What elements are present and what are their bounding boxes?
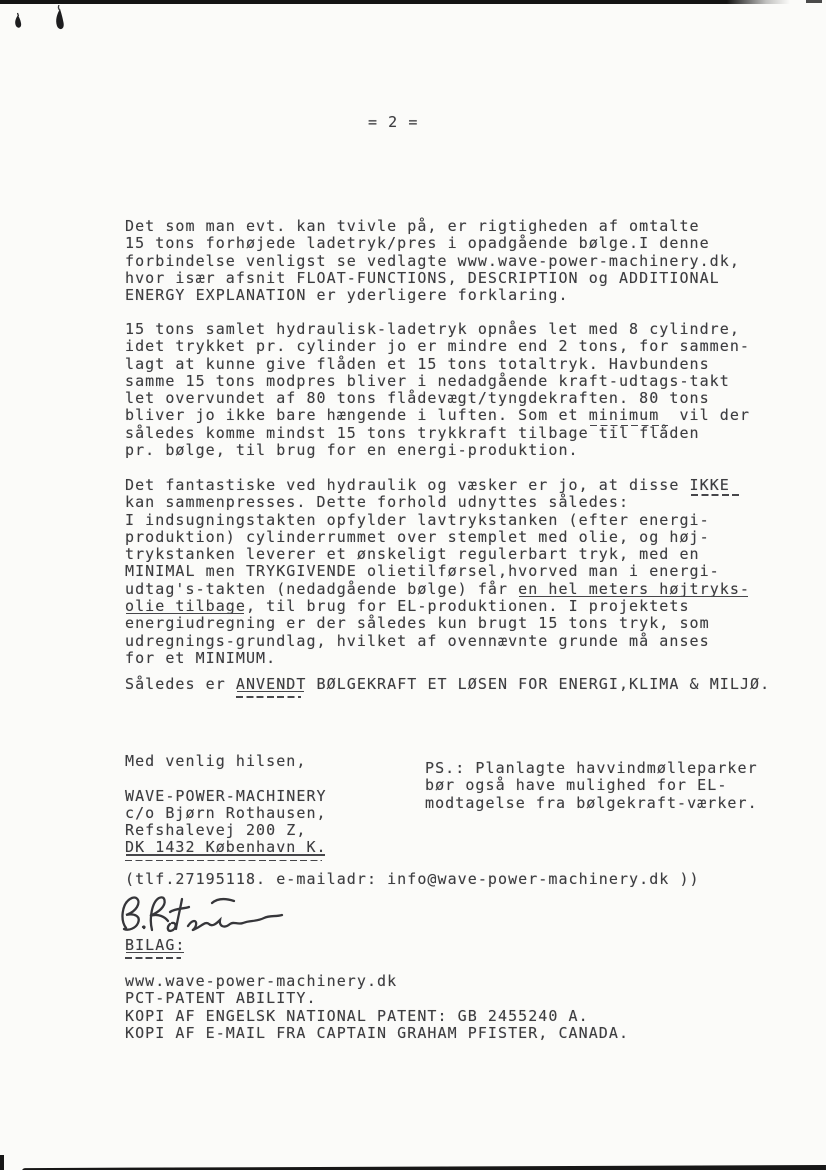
text-line: forbindelse venligst se vedlagte www.wav… [125, 253, 740, 270]
text-line: pr. bølge, til brug for en energi-produk… [125, 442, 750, 459]
contact-line: (tlf.27195118. e-mailadr: info@wave-powe… [125, 871, 700, 888]
text-line: PCT-PATENT ABILITY. [125, 990, 629, 1007]
text-line: hvor især afsnit FLOAT-FUNCTIONS, DESCRI… [125, 270, 740, 287]
ps-note: PS.: Planlagte havvindmølleparkerbør ogs… [425, 760, 758, 812]
text-line: c/o Bjørn Rothausen, [125, 805, 327, 822]
text-line: lagt at kunne give flåden et 15 tons tot… [125, 356, 750, 373]
text-line: KOPI AF ENGELSK NATIONAL PATENT: GB 2455… [125, 1008, 629, 1025]
bilag-heading: BILAG: [125, 937, 186, 954]
page-number: = 2 = [368, 114, 418, 131]
text-line: idet trykket pr. cylinder jo er mindre e… [125, 338, 750, 355]
text-line: produktion) cylinderrummet over stemplet… [125, 529, 750, 546]
text-line: energiudregning er der således kun brugt… [125, 615, 750, 632]
text-line: udtag's-takten (nedadgående bølge) får e… [125, 581, 750, 598]
text-line: Refshalevej 200 Z, [125, 822, 327, 839]
text-line: KOPI AF E-MAIL FRA CAPTAIN GRAHAM PFISTE… [125, 1025, 629, 1042]
text-line: for et MINIMUM. [125, 650, 750, 667]
text-line: I indsugningstakten opfylder lavtrykstan… [125, 512, 750, 529]
handwritten-signature [116, 890, 306, 938]
text-line: Det fantastiske ved hydraulik og væsker … [125, 477, 750, 494]
scan-edge-top [0, 0, 790, 4]
text-line: Med venlig hilsen, [125, 753, 327, 770]
scan-edge-bottom [22, 1165, 826, 1170]
scanned-letter-page: = 2 = Det som man evt. kan tvivle på, er… [0, 0, 826, 1170]
text-line: 15 tons forhøjede ladetryk/pres i opadgå… [125, 235, 740, 252]
scan-edge-bottom-left [0, 1155, 4, 1170]
text-line: www.wave-power-machinery.dk [125, 973, 629, 990]
paragraph-15-tons: 15 tons samlet hydraulisk-ladetryk opnåe… [125, 321, 750, 459]
text-line: ENERGY EXPLANATION er yderligere forklar… [125, 287, 740, 304]
paragraph-doubt-intro: Det som man evt. kan tvivle på, er rigti… [125, 218, 740, 304]
text-line: modtagelse fra bølgekraft-værker. [425, 795, 758, 812]
text-line: (tlf.27195118. e-mailadr: info@wave-powe… [125, 871, 700, 888]
text-line: bør også have mulighed for EL- [425, 777, 758, 794]
scan-edge-top-tick [806, 0, 822, 3]
text-line: DK 1432 København K. [125, 839, 327, 856]
text-line: samme 15 tons modpres bliver i nedadgåen… [125, 373, 750, 390]
text-line: trykstanken leverer et ønskeligt reguler… [125, 546, 750, 563]
text-line: PS.: Planlagte havvindmølleparker [425, 760, 758, 777]
text-line: MINIMAL men TRYKGIVENDE olietilførsel,hv… [125, 563, 750, 580]
text-line [125, 770, 327, 787]
closing-address-block: Med venlig hilsen,WAVE-POWER-MACHINERYc/… [125, 753, 327, 857]
text-line: let overvundet af 80 tons flådevægt/tyng… [125, 390, 750, 407]
text-line: udregnings-grundlag, hvilket af ovennævn… [125, 633, 750, 650]
text-line: WAVE-POWER-MACHINERY [125, 788, 327, 805]
text-line: BILAG: [125, 937, 186, 954]
text-line: Det som man evt. kan tvivle på, er rigti… [125, 218, 740, 235]
text-line: olie tilbage, til brug for EL-produktion… [125, 598, 750, 615]
attachment-list: www.wave-power-machinery.dkPCT-PATENT AB… [125, 973, 629, 1042]
ink-marks [8, 5, 78, 37]
solution-statement: Således er ANVENDT BØLGEKRAFT ET LØSEN F… [125, 676, 770, 693]
text-line: kan sammenpresses. Dette forhold udnytte… [125, 494, 750, 511]
text-line: bliver jo ikke bare hængende i luften. S… [125, 407, 750, 424]
text-line: Således er ANVENDT BØLGEKRAFT ET LØSEN F… [125, 676, 770, 693]
text-line: således komme mindst 15 tons trykkraft t… [125, 425, 750, 442]
text-line: 15 tons samlet hydraulisk-ladetryk opnåe… [125, 321, 750, 338]
paragraph-hydraulics: Det fantastiske ved hydraulik og væsker … [125, 477, 750, 667]
